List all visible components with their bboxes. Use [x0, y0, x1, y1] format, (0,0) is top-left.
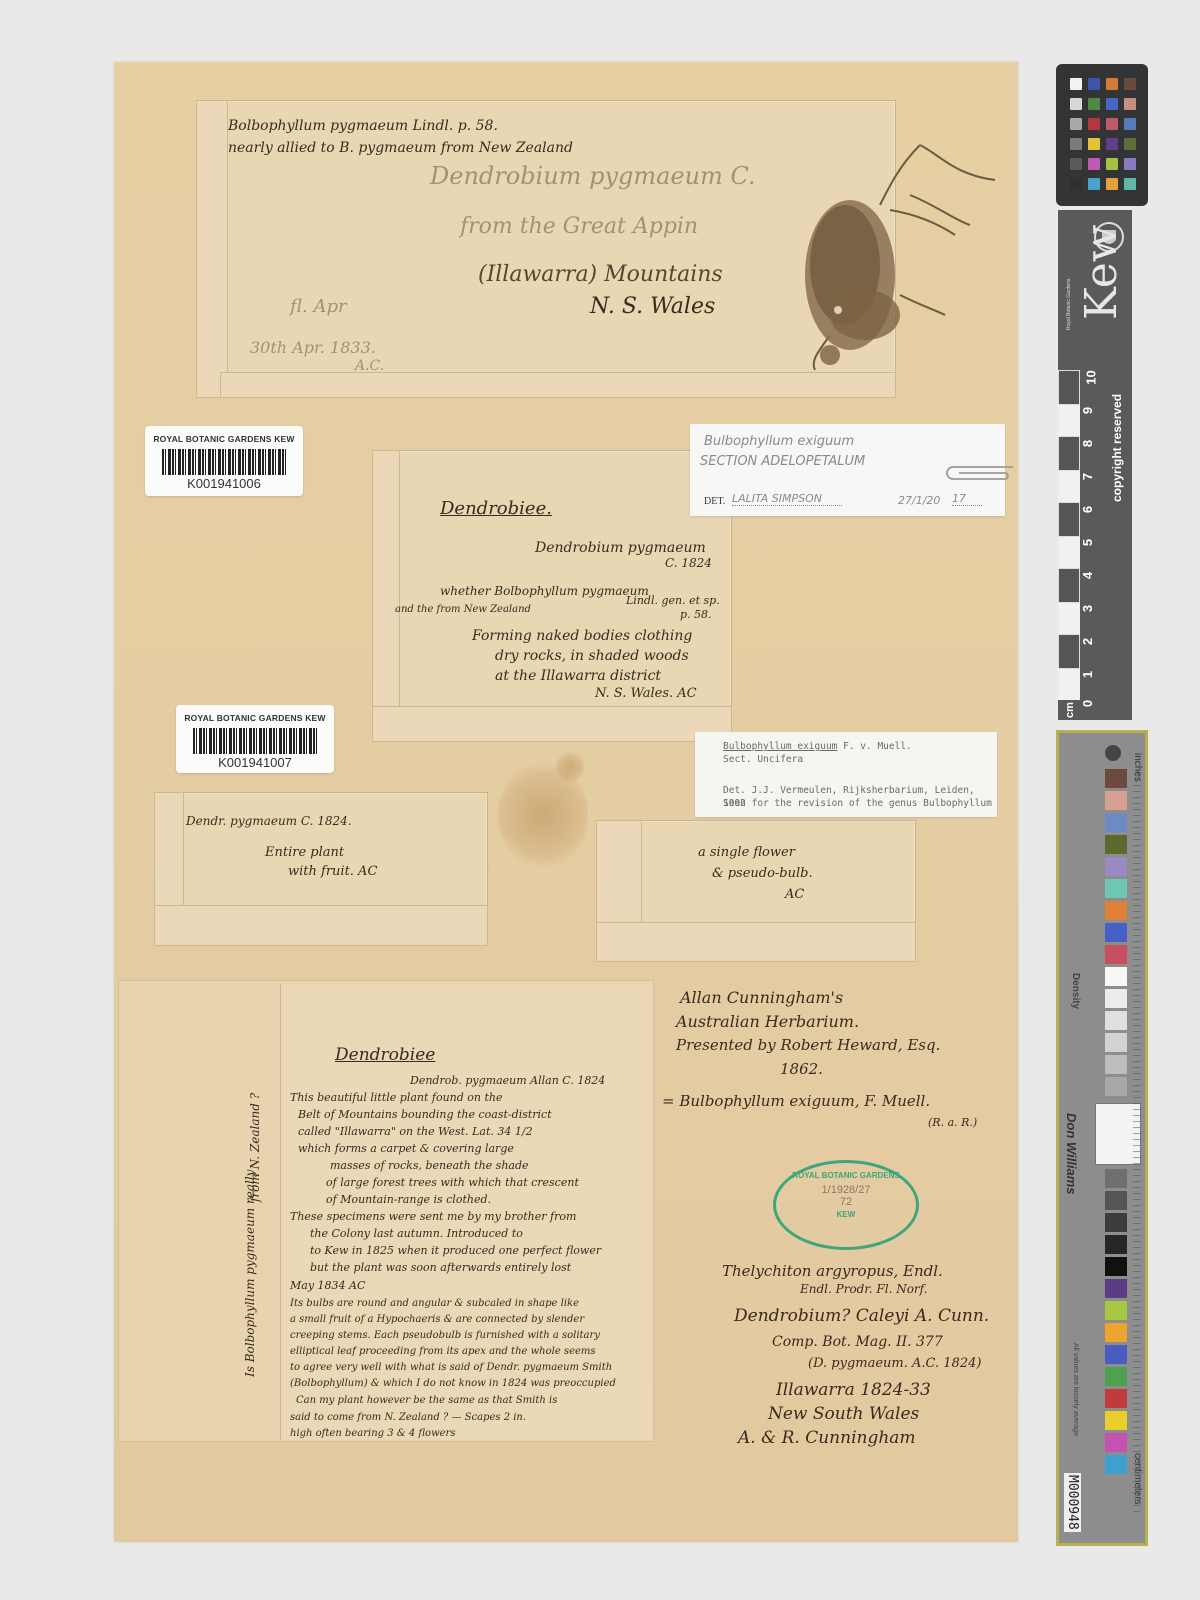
notes-line: of Mountain-range is clothed.	[290, 1191, 650, 1208]
notes-line: the Colony last autumn. Introduced to	[290, 1225, 650, 1242]
synonymy-l1: Thelychiton argyropus, Endl.	[722, 1262, 943, 1280]
det-year: 17	[952, 492, 982, 506]
color-swatch	[1106, 118, 1118, 130]
left-envelope-bottom-flap	[154, 905, 488, 946]
color-swatch	[1106, 98, 1118, 110]
color-patch	[1105, 1301, 1127, 1320]
herbarium-note-l5: = Bulbophyllum exiguum, F. Muell.	[662, 1092, 930, 1110]
color-swatch	[1124, 78, 1136, 90]
typed-section: Sect. Uncifera	[723, 753, 803, 766]
gray-patch	[1105, 1235, 1127, 1254]
middle-envelope-l4: Lindl. gen. et sp.	[626, 594, 720, 607]
top-envelope-faint2: from the Great Appin	[460, 214, 698, 239]
left-envelope-l1: Dendr. pygmaeum C. 1824.	[186, 814, 352, 828]
color-swatch	[1124, 118, 1136, 130]
notes-line: to Kew in 1825 when it produced one perf…	[290, 1242, 650, 1259]
scale-ruler	[1058, 370, 1080, 700]
scale-tick: 6	[1080, 506, 1095, 513]
top-envelope-date3: A.C.	[355, 358, 384, 374]
scale-tick: 5	[1080, 539, 1095, 546]
water-stain	[555, 752, 585, 782]
middle-envelope-l6: p. 58.	[680, 608, 712, 621]
color-patch	[1105, 1455, 1127, 1474]
notes-line: which forms a carpet & covering large	[290, 1140, 650, 1157]
barcode-icon	[193, 728, 317, 754]
barcode-label-title: ROYAL BOTANIC GARDENS KEW	[176, 713, 334, 723]
synonymy-l7: New South Wales	[768, 1404, 919, 1424]
middle-envelope-l5: and the from New Zealand	[395, 604, 531, 615]
notes-body: Dendrob. pygmaeum Allan C. 1824 This bea…	[290, 1072, 650, 1442]
top-envelope-line1: Bolbophyllum pygmaeum Lindl. p. 58.	[228, 118, 498, 134]
color-swatch	[1088, 138, 1100, 150]
barcode-number: K001941006	[145, 476, 303, 491]
scale-tick-labels: 10 9 8 7 6 5 4 3 2 1 0	[1084, 370, 1104, 700]
gray-patch	[1105, 1077, 1127, 1096]
scale-tick: 4	[1080, 572, 1095, 579]
middle-envelope-l2: C. 1824	[665, 556, 712, 570]
color-swatch	[1106, 178, 1118, 190]
notes-line: of large forest trees with which that cr…	[290, 1174, 650, 1191]
gray-patch	[1105, 1191, 1127, 1210]
notes-heading: Dendrobiee	[335, 1045, 435, 1065]
typed-authority: F. v. Muell.	[843, 741, 912, 752]
synonymy-l6: Illawarra 1824-33	[776, 1380, 931, 1400]
kew-scale-bar: Kew Royal Botanic Gardens copyright rese…	[1058, 210, 1132, 720]
color-patch	[1105, 1389, 1127, 1408]
typed-determination-label: Bulbophyllum exiguum F. v. Muell. Sect. …	[695, 732, 997, 817]
kew-herbarium-stamp: ROYAL BOTANIC GARDENS 1/1928/27 72 KEW	[773, 1160, 919, 1250]
color-patch	[1105, 1411, 1127, 1430]
left-envelope-l3: with fruit. AC	[288, 864, 377, 879]
gray-patch	[1105, 1257, 1127, 1276]
color-swatch	[1124, 138, 1136, 150]
stamp-bottom-text: KEW	[776, 1210, 916, 1219]
scale-tick: 10	[1084, 370, 1099, 384]
scale-tick: 8	[1080, 440, 1095, 447]
color-swatch	[1088, 158, 1100, 170]
color-swatch	[1070, 158, 1082, 170]
paperclip-icon	[945, 461, 1015, 487]
middle-envelope-l7: Forming naked bodies clothing	[472, 628, 692, 644]
barcode-icon	[162, 449, 286, 475]
color-patch	[1105, 791, 1127, 810]
synonymy-l5: (D. pygmaeum. A.C. 1824)	[808, 1356, 981, 1371]
gray-scale-card: Density inches Don Williams All values a…	[1056, 730, 1148, 1546]
notes-line: said to come from N. Zealand ? — Scapes …	[290, 1410, 650, 1426]
scale-tick: 3	[1080, 605, 1095, 612]
color-patch	[1105, 923, 1127, 942]
registration-dot-icon	[1105, 745, 1121, 761]
barcode-label-2: ROYAL BOTANIC GARDENS KEW K001941007	[176, 705, 334, 773]
color-swatch	[1088, 178, 1100, 190]
color-swatch	[1088, 78, 1100, 90]
herbarium-note-l6: (R. a. R.)	[928, 1116, 977, 1129]
notes-line: (Bolbophyllum) & which I do not know in …	[290, 1376, 650, 1392]
top-envelope-region: N. S. Wales	[590, 294, 715, 319]
color-swatch	[1124, 158, 1136, 170]
color-patch	[1105, 857, 1127, 876]
synonymy-l8: A. & R. Cunningham	[738, 1428, 916, 1448]
barcode-label-title: ROYAL BOTANIC GARDENS KEW	[145, 434, 303, 444]
det-date: 27/1/20	[898, 494, 940, 507]
notes-line: elliptical leaf proceeding from its apex…	[290, 1344, 650, 1360]
herbarium-note-l4: 1862.	[780, 1060, 823, 1078]
notes-line: This beautiful little plant found on the	[290, 1089, 650, 1106]
top-envelope-locality: (Illawarra) Mountains	[478, 262, 723, 287]
gray-patch	[1105, 1213, 1127, 1232]
color-patch	[1105, 1345, 1127, 1364]
stamp-top-text: ROYAL BOTANIC GARDENS	[776, 1171, 916, 1180]
kew-brand-sub: Royal Botanic Gardens	[1066, 279, 1072, 330]
right-envelope-l1: a single flower	[698, 845, 795, 860]
color-patch	[1105, 1323, 1127, 1342]
color-patch	[1105, 835, 1127, 854]
color-swatch	[1070, 98, 1082, 110]
color-patch	[1105, 879, 1127, 898]
color-patch	[1105, 813, 1127, 832]
typed-seen: Seen for the revision of the genus Bulbo…	[723, 797, 992, 810]
scale-tick: 2	[1080, 638, 1095, 645]
herbarium-note-l1: Allan Cunningham's	[680, 988, 843, 1007]
right-envelope-l3: AC	[785, 887, 804, 902]
color-swatch	[1070, 78, 1082, 90]
color-swatch	[1088, 98, 1100, 110]
typed-name: Bulbophyllum exiguum	[723, 741, 837, 752]
middle-envelope-flap	[372, 450, 400, 742]
color-patch	[1105, 1367, 1127, 1386]
notes-line: These specimens were sent me by my broth…	[290, 1208, 650, 1225]
notes-line: creeping stems. Each pseudobulb is furni…	[290, 1328, 650, 1344]
det-line2: SECTION ADELOPETALUM	[700, 454, 865, 469]
det-line1: Bulbophyllum exiguum	[704, 434, 854, 449]
notes-line: masses of rocks, beneath the shade	[290, 1157, 650, 1174]
gray-patch	[1105, 1011, 1127, 1030]
top-envelope-date1: fl. Apr	[290, 296, 347, 317]
color-patch	[1105, 1433, 1127, 1452]
herbarium-note-l2: Australian Herbarium.	[676, 1012, 859, 1031]
color-swatch	[1070, 178, 1082, 190]
barcode-label-1: ROYAL BOTANIC GARDENS KEW K001941006	[145, 426, 303, 496]
color-checker-card	[1056, 64, 1148, 206]
synonymy-l3: Dendrobium? Caleyi A. Cunn.	[734, 1306, 989, 1326]
color-swatch	[1106, 78, 1118, 90]
color-swatch	[1106, 158, 1118, 170]
ruler-edge	[1133, 773, 1141, 1513]
top-envelope-faint1: Dendrobium pygmaeum C.	[430, 162, 756, 190]
notes-line: but the plant was soon afterwards entire…	[290, 1259, 650, 1276]
plant-specimen-icon	[770, 125, 1000, 375]
scale-tick: 1	[1080, 671, 1095, 678]
notes-side-note-2: from N. Zealand ?	[248, 1052, 262, 1202]
left-envelope-l2: Entire plant	[265, 845, 344, 860]
notes-line: Its bulbs are round and angular & subcal…	[290, 1296, 650, 1312]
notes-line: a small fruit of a Hypochaeris & are con…	[290, 1312, 650, 1328]
copyright-text: copyright reserved	[1110, 394, 1124, 502]
color-patch	[1105, 769, 1127, 788]
det-name: LALITA SIMPSON	[732, 492, 842, 506]
barcode-number: K001941007	[176, 755, 334, 770]
scale-unit: cm	[1064, 702, 1076, 718]
gray-patch	[1105, 989, 1127, 1008]
color-swatch	[1070, 118, 1082, 130]
det-prefix: DET.	[704, 496, 725, 507]
scale-tick: 7	[1080, 473, 1095, 480]
right-envelope-bottom-flap	[596, 922, 916, 962]
middle-envelope-l9: at the Illawarra district	[495, 668, 661, 684]
synonymy-l2: Endl. Prodr. Fl. Norf.	[800, 1282, 927, 1296]
color-swatch	[1088, 118, 1100, 130]
kew-brand: Kew	[1076, 225, 1127, 320]
color-swatch	[1124, 98, 1136, 110]
middle-envelope-bottom-flap	[372, 706, 732, 742]
notes-line: Dendrob. pygmaeum Allan C. 1824	[290, 1072, 650, 1089]
synonymy-l4: Comp. Bot. Mag. II. 377	[772, 1334, 943, 1350]
middle-envelope-l10: N. S. Wales. AC	[595, 686, 697, 701]
middle-envelope-l8: dry rocks, in shaded woods	[495, 648, 689, 664]
top-envelope-date2: 30th Apr. 1833.	[250, 338, 376, 357]
top-envelope-flap	[196, 100, 228, 398]
scale-tick: 0	[1080, 700, 1095, 707]
color-swatch	[1070, 138, 1082, 150]
color-patch	[1105, 1279, 1127, 1298]
gray-patch	[1105, 967, 1127, 986]
color-patch	[1105, 901, 1127, 920]
notes-line: called "Illawarra" on the West. Lat. 34 …	[290, 1123, 650, 1140]
gray-patch	[1105, 1055, 1127, 1074]
color-swatch	[1106, 138, 1118, 150]
gray-patch	[1105, 1033, 1127, 1052]
notes-line: Can my plant however be the same as that…	[290, 1392, 650, 1410]
notes-line: Belt of Mountains bounding the coast-dis…	[290, 1106, 650, 1123]
stamp-sub: 72	[776, 1196, 916, 1208]
top-envelope-bottom-flap	[220, 372, 896, 398]
middle-envelope-l1: Dendrobium pygmaeum	[535, 540, 706, 556]
scale-tick: 9	[1080, 407, 1095, 414]
right-envelope-l2: & pseudo-bulb.	[712, 866, 813, 881]
notes-line: to agree very well with what is said of …	[290, 1360, 650, 1376]
color-patch	[1105, 945, 1127, 964]
stamp-number: 1/1928/27	[776, 1184, 916, 1196]
gray-patch	[1105, 1169, 1127, 1188]
color-swatch	[1124, 178, 1136, 190]
notes-line: May 1834 AC	[290, 1276, 650, 1296]
middle-envelope-heading: Dendrobiee.	[440, 498, 552, 519]
typed-name-row: Bulbophyllum exiguum F. v. Muell.	[723, 740, 912, 753]
herbarium-note-l3: Presented by Robert Heward, Esq.	[676, 1036, 940, 1054]
middle-envelope-l3: whether Bolbophyllum pygmaeum	[440, 584, 649, 598]
top-envelope-line2: nearly allied to B. pygmaeum from New Ze…	[228, 140, 573, 156]
notes-line: high often bearing 3 & 4 flowers	[290, 1426, 650, 1442]
